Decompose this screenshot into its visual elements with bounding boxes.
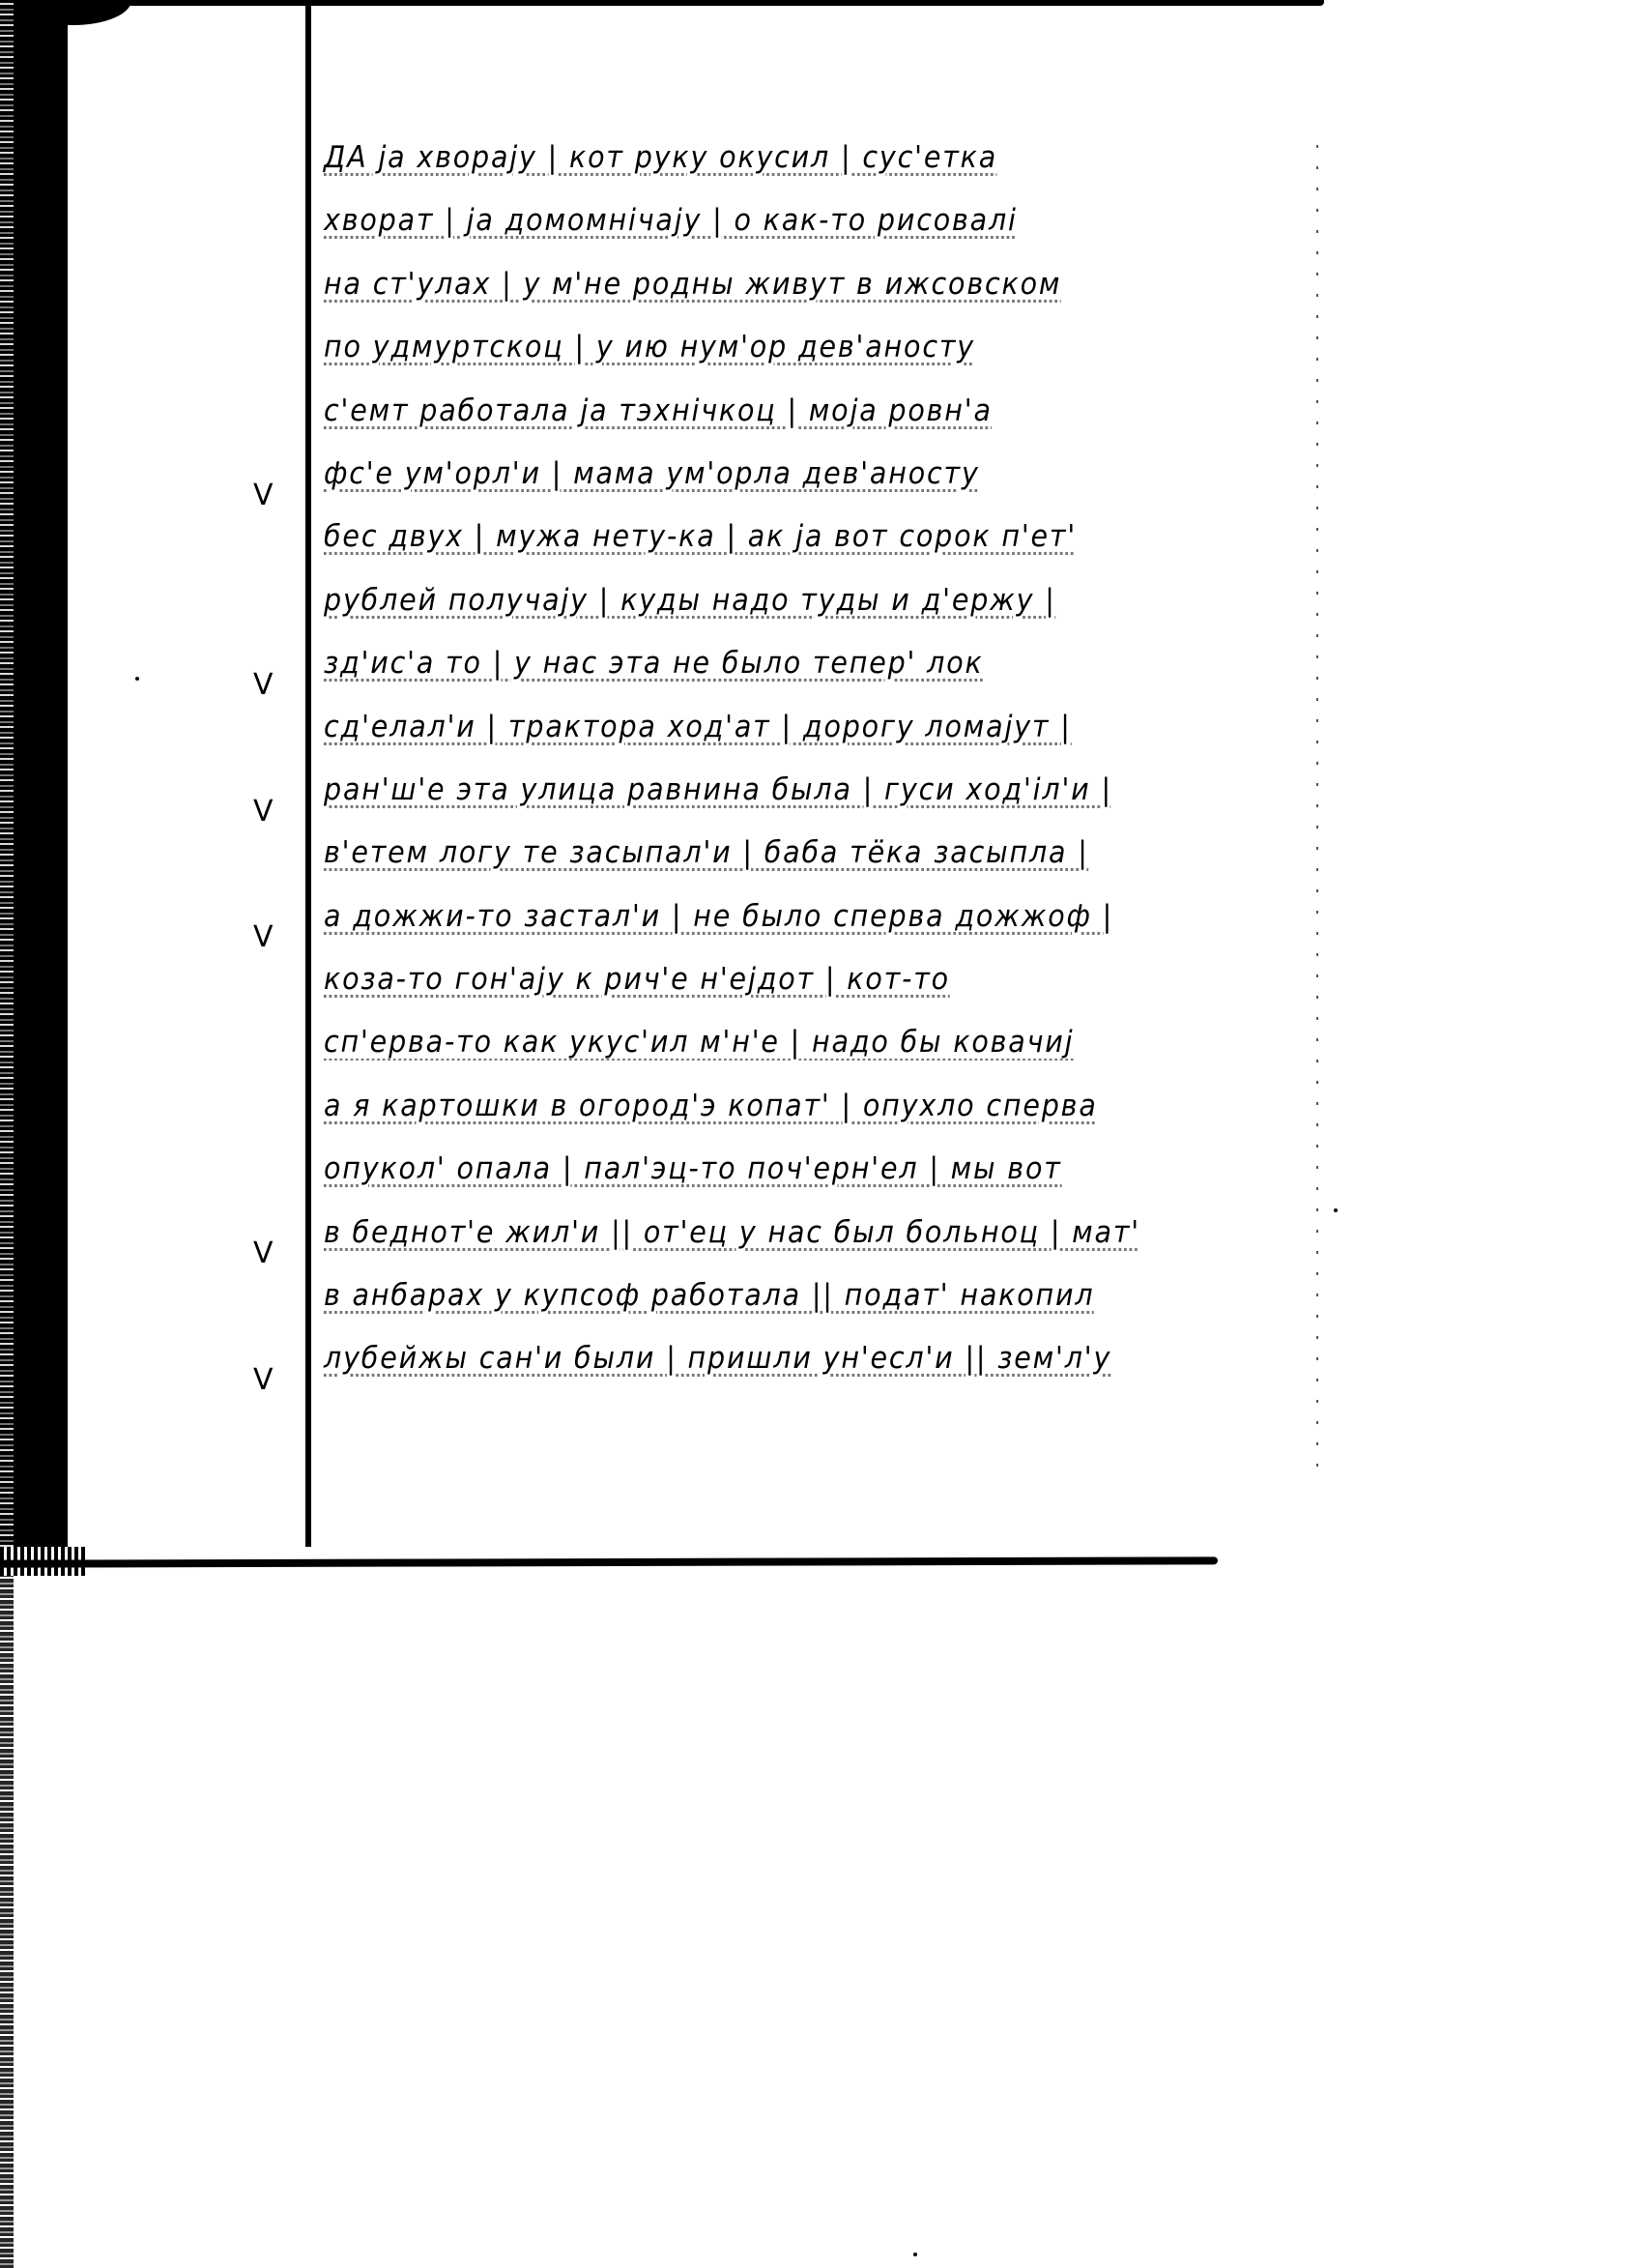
transcript-line: на ст'улах | у м'не родны живут в ижсовс… xyxy=(324,260,1249,323)
check-mark-icon: V xyxy=(253,795,274,829)
transcript-line: зд'ис'а то | у нас эта не было тепер' ло… xyxy=(324,639,1249,702)
scan-top-edge xyxy=(58,0,1324,6)
page-corner-curl xyxy=(64,0,131,25)
scan-speck xyxy=(135,677,139,681)
check-mark-icon: V xyxy=(253,668,274,702)
scan-speckle-edge xyxy=(0,0,14,2268)
transcript-line: в анбарах у купсоф работала || подат' на… xyxy=(324,1271,1249,1334)
transcript-line: с'емт работала ја тэхнічкоц | моја ровн'… xyxy=(324,387,1249,450)
check-mark-icon: V xyxy=(253,1363,274,1397)
check-mark-icon: V xyxy=(253,1236,274,1270)
transcript-line: опукол' опала | пал'эц-то поч'ерн'ел | м… xyxy=(324,1145,1249,1207)
transcript-line: ДА ја хворају | кот руку окусил | сус'ет… xyxy=(324,133,1249,196)
transcript-line: сп'ерва-то как укус'ил м'н'е | надо бы к… xyxy=(324,1018,1249,1081)
transcript-line: коза-то гон'ају к рич'е н'ејдот | кот-то xyxy=(324,955,1249,1018)
scan-speck xyxy=(913,2253,917,2256)
transcript-line: рублей получају | куды надо туды и д'ерж… xyxy=(324,576,1249,639)
transcript-line: сд'елал'и | трактора ход'ат | дорогу лом… xyxy=(324,703,1249,766)
transcript-line: в'етем логу те засыпал'и | баба тёка зас… xyxy=(324,829,1249,891)
transcript-line: хворат | ја домомнічају | о как-то рисов… xyxy=(324,196,1249,259)
check-mark-icon: V xyxy=(253,920,274,954)
check-mark-icon: V xyxy=(253,479,274,512)
margin-rule-line xyxy=(305,0,311,1547)
transcript-line: бес двух | мужа нету-ка | ак ја вот соро… xyxy=(324,512,1249,575)
transcript-line: а дожжи-то застал'и | не было сперва дож… xyxy=(324,892,1249,955)
transcript-line: в беднот'е жил'и || от'ец у нас был боль… xyxy=(324,1208,1249,1271)
transcript-line: лубейжы сан'и были | пришли ун'есл'и || … xyxy=(324,1334,1249,1397)
transcript-line: ран'ш'е эта улица равнина была | гуси хо… xyxy=(324,766,1249,829)
transcript-line: фс'е ум'орл'и | мама ум'орла дев'аносту xyxy=(324,450,1249,512)
handwritten-transcript: ДА ја хворају | кот руку окусил | сус'ет… xyxy=(324,133,1329,1398)
transcript-line: по удмуртскоц | у ию нум'ор дев'аносту xyxy=(324,323,1249,386)
scan-bottom-edge xyxy=(0,1556,1218,1567)
transcript-line: а я картошки в огород'э копат' | опухло … xyxy=(324,1082,1249,1145)
scan-speck xyxy=(1334,1208,1338,1212)
